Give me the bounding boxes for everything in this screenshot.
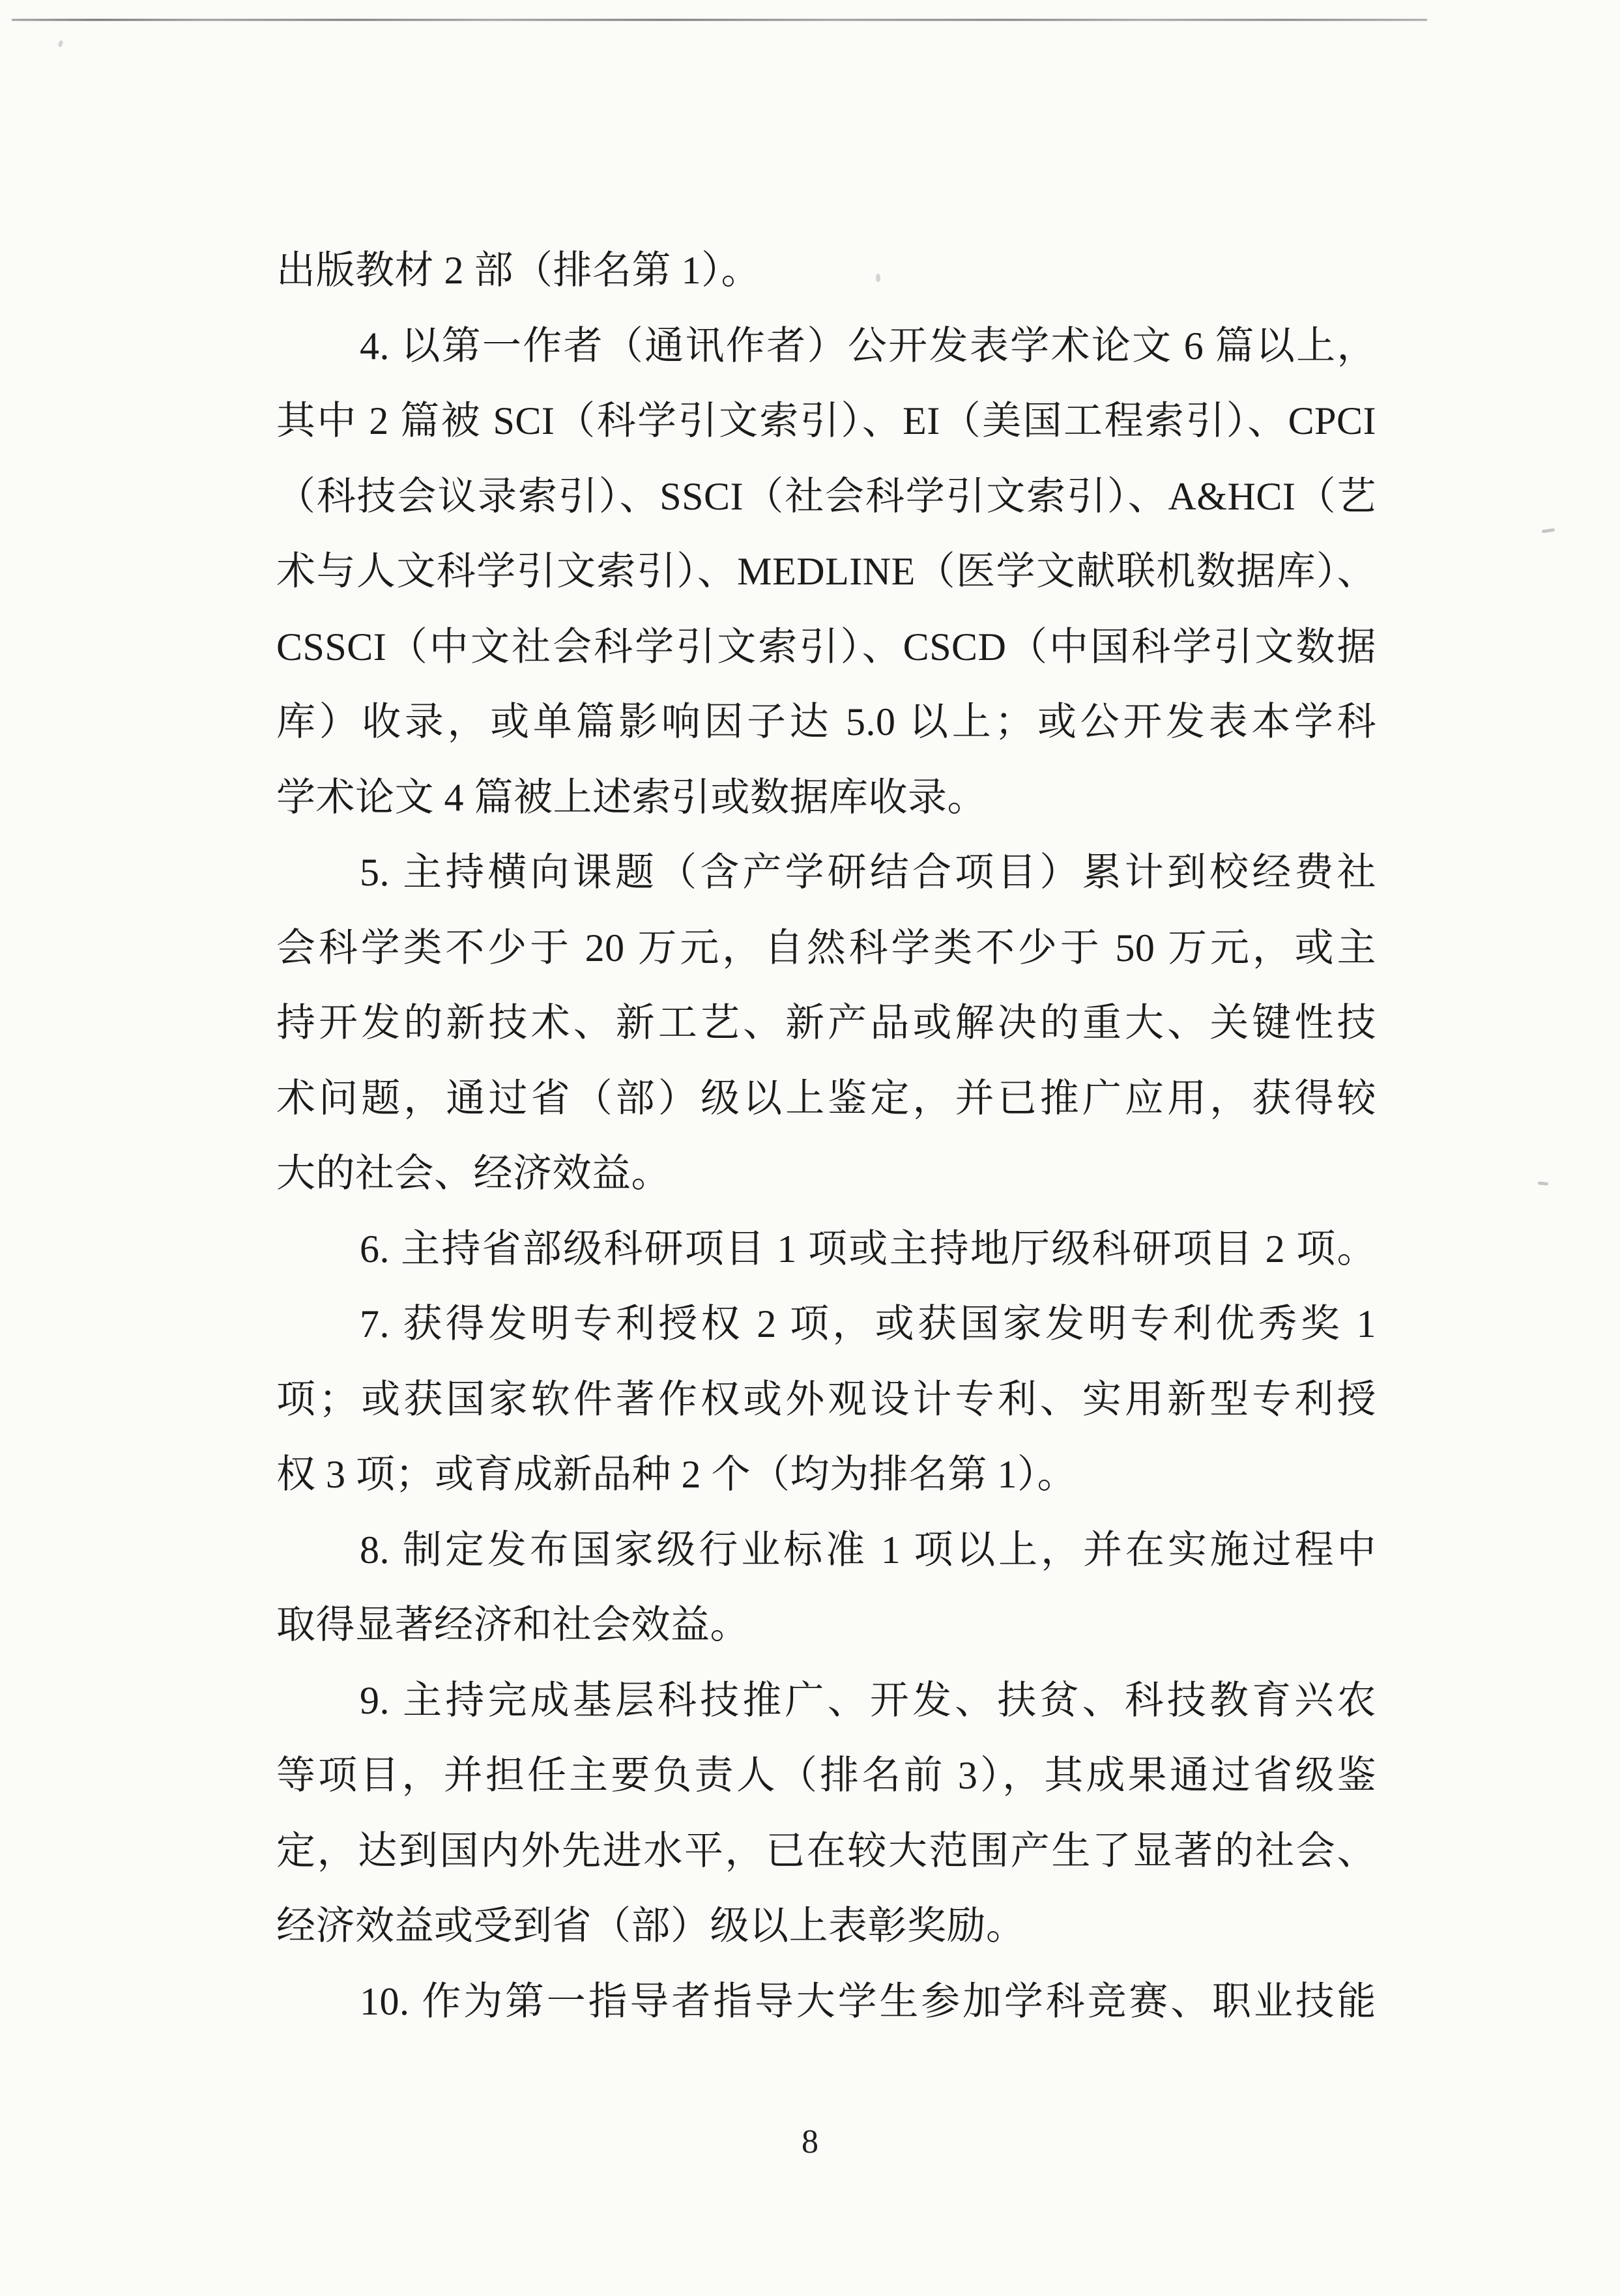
text-line: 6. 主持省部级科研项目 1 项或主持地厅级科研项目 2 项。 [276,1212,1376,1287]
scan-line-artifact [12,19,1427,21]
text-line: 持开发的新技术、新工艺、新产品或解决的重大、关键性技 [276,986,1376,1061]
page-number: 8 [0,2123,1620,2162]
text-line: 4. 以第一作者（通讯作者）公开发表学术论文 6 篇以上， [276,309,1376,384]
text-line: 8. 制定发布国家级行业标准 1 项以上，并在实施过程中 [276,1513,1376,1588]
text-line: 7. 获得发明专利授权 2 项，或获国家发明专利优秀奖 1 [276,1287,1376,1362]
text-line: 等项目，并担任主要负责人（排名前 3），其成果通过省级鉴 [276,1738,1376,1814]
text-block: 出版教材 2 部（排名第 1）。4. 以第一作者（通讯作者）公开发表学术论文 6… [276,233,1376,2039]
text-line: 出版教材 2 部（排名第 1）。 [276,233,1376,309]
text-line: （科技会议录索引）、SSCI（社会科学引文索引）、A&HCI（艺 [276,459,1376,535]
text-line: CSSCI（中文社会科学引文索引）、CSCD（中国科学引文数据 [276,610,1376,685]
text-line: 经济效益或受到省（部）级以上表彰奖励。 [276,1889,1376,1964]
text-line: 学术论文 4 篇被上述索引或数据库收录。 [276,760,1376,836]
text-line: 9. 主持完成基层科技推广、开发、扶贫、科技教育兴农 [276,1663,1376,1739]
text-line: 10. 作为第一指导者指导大学生参加学科竞赛、职业技能 [276,1964,1376,2040]
text-line: 术与人文科学引文索引）、MEDLINE（医学文献联机数据库）、 [276,534,1376,610]
text-line: 其中 2 篇被 SCI（科学引文索引）、EI（美国工程索引）、CPCI [276,384,1376,459]
document-page: 出版教材 2 部（排名第 1）。4. 以第一作者（通讯作者）公开发表学术论文 6… [0,0,1620,2296]
scan-speck [57,40,63,47]
text-line: 大的社会、经济效益。 [276,1136,1376,1212]
text-line: 权 3 项；或育成新品种 2 个（均为排名第 1）。 [276,1437,1376,1513]
text-line: 会科学类不少于 20 万元，自然科学类不少于 50 万元，或主 [276,911,1376,986]
text-line: 项；或获国家软件著作权或外观设计专利、实用新型专利授 [276,1362,1376,1438]
scan-speck [1542,528,1555,534]
scan-speck [1538,1181,1548,1186]
text-line: 定，达到国内外先进水平，已在较大范围产生了显著的社会、 [276,1814,1376,1889]
text-line: 取得显著经济和社会效益。 [276,1588,1376,1663]
text-line: 库）收录，或单篇影响因子达 5.0 以上；或公开发表本学科 [276,685,1376,760]
text-line: 术问题，通过省（部）级以上鉴定，并已推广应用，获得较 [276,1061,1376,1137]
text-line: 5. 主持横向课题（含产学研结合项目）累计到校经费社 [276,835,1376,911]
